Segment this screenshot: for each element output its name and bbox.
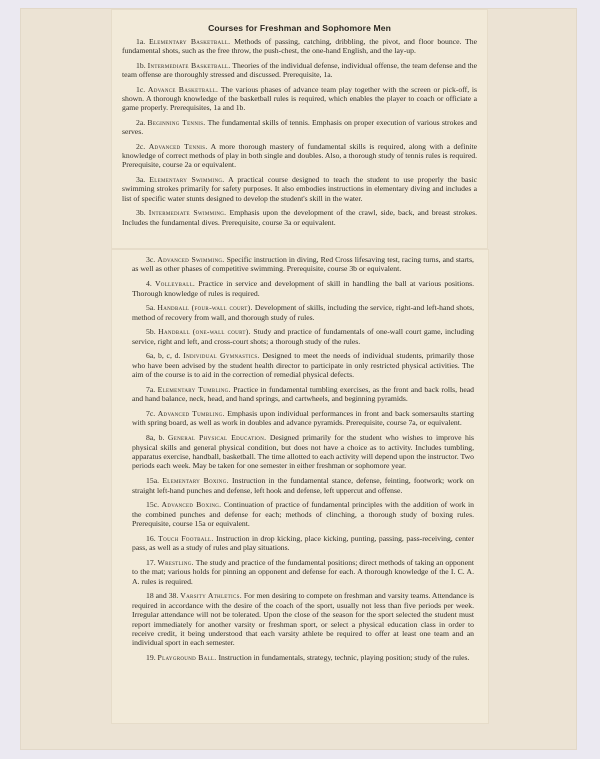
course-name: Touch Football. (158, 534, 213, 543)
course-entry: 1a. Elementary Basketball. Methods of pa… (122, 37, 477, 56)
course-number: 7a. (146, 385, 155, 394)
course-number: 1c. (136, 85, 145, 94)
course-entry: 5b. Handball (one-wall court). Study and… (132, 327, 474, 346)
course-number: 6a, b, c, d. (146, 351, 180, 360)
course-entry: 1c. Advance Basketball. The various phas… (122, 85, 477, 113)
course-name: Intermediate Basketball. (148, 61, 231, 70)
course-entry: 7c. Advanced Tumbling. Emphasis upon ind… (132, 409, 474, 428)
course-entry: 3b. Intermediate Swimming. Emphasis upon… (122, 208, 477, 227)
course-number: 16. (146, 534, 156, 543)
course-name: Wrestling. (158, 558, 194, 567)
course-entry: 17. Wrestling. The study and practice of… (132, 558, 474, 586)
course-number: 4. (146, 279, 152, 288)
course-entry: 3a. Elementary Swimming. A practical cou… (122, 175, 477, 203)
course-number: 3c. (146, 255, 155, 264)
bottom-clipping: 3c. Advanced Swimming. Specific instruct… (112, 250, 488, 723)
course-number: 5b. (146, 327, 156, 336)
course-number: 15c. (146, 500, 159, 509)
course-number: 2c. (136, 142, 145, 151)
course-number: 3b. (136, 208, 146, 217)
course-name: Beginning Tennis. (147, 118, 205, 127)
course-number: 5a. (146, 303, 155, 312)
course-number: 2a. (136, 118, 145, 127)
course-number: 7c. (146, 409, 155, 418)
course-name: Handball (one-wall court). (158, 327, 251, 336)
course-number: 15a. (146, 476, 159, 485)
course-entry: 15a. Elementary Boxing. Instruction in t… (132, 476, 474, 495)
document-title: Courses for Freshman and Sophomore Men (122, 23, 477, 33)
course-entry: 8a, b. General Physical Education. Desig… (132, 433, 474, 471)
course-number: 1b. (136, 61, 146, 70)
course-name: Varsity Athletics. (180, 591, 242, 600)
course-number: 19. (146, 653, 156, 662)
top-clipping: Courses for Freshman and Sophomore Men 1… (112, 10, 487, 248)
course-name: Elementary Tumbling. (158, 385, 231, 394)
course-entry: 18 and 38. Varsity Athletics. For men de… (132, 591, 474, 647)
course-entry: 2a. Beginning Tennis. The fundamental sk… (122, 118, 477, 137)
course-name: Elementary Basketball. (149, 37, 230, 46)
course-name: Advanced Tumbling. (158, 409, 225, 418)
course-entry: 16. Touch Football. Instruction in drop … (132, 534, 474, 553)
course-name: Advanced Swimming. (157, 255, 224, 264)
course-name: Handball (four-wall court). (157, 303, 252, 312)
course-entry: 15c. Advanced Boxing. Continuation of pr… (132, 500, 474, 528)
course-number: 17. (146, 558, 156, 567)
course-number: 3a. (136, 175, 145, 184)
course-entry: 2c. Advanced Tennis. A more thorough mas… (122, 142, 477, 170)
course-name: Elementary Boxing. (162, 476, 229, 485)
course-name: Advanced Tennis. (149, 142, 208, 151)
course-name: Intermediate Swimming. (149, 208, 227, 217)
course-name: Individual Gymnastics. (183, 351, 259, 360)
course-name: Advanced Boxing. (162, 500, 222, 509)
course-name: Volleyball. (155, 279, 195, 288)
course-description: Instruction in fundamentals, strategy, t… (218, 653, 469, 662)
course-number: 18 and 38. (146, 591, 178, 600)
course-entry: 19. Playground Ball. Instruction in fund… (132, 653, 474, 662)
course-entry: 5a. Handball (four-wall court). Developm… (132, 303, 474, 322)
course-number: 8a, b. (146, 433, 164, 442)
course-name: General Physical Education. (168, 433, 266, 442)
course-entry: 6a, b, c, d. Individual Gymnastics. Desi… (132, 351, 474, 379)
course-entry: 1b. Intermediate Basketball. Theories of… (122, 61, 477, 80)
course-name: Advance Basketball. (148, 85, 218, 94)
course-name: Playground Ball. (158, 653, 217, 662)
course-name: Elementary Swimming. (149, 175, 224, 184)
course-number: 1a. (136, 37, 145, 46)
course-entry: 7a. Elementary Tumbling. Practice in fun… (132, 385, 474, 404)
course-entry: 3c. Advanced Swimming. Specific instruct… (132, 255, 474, 274)
course-entry: 4. Volleyball. Practice in service and d… (132, 279, 474, 298)
